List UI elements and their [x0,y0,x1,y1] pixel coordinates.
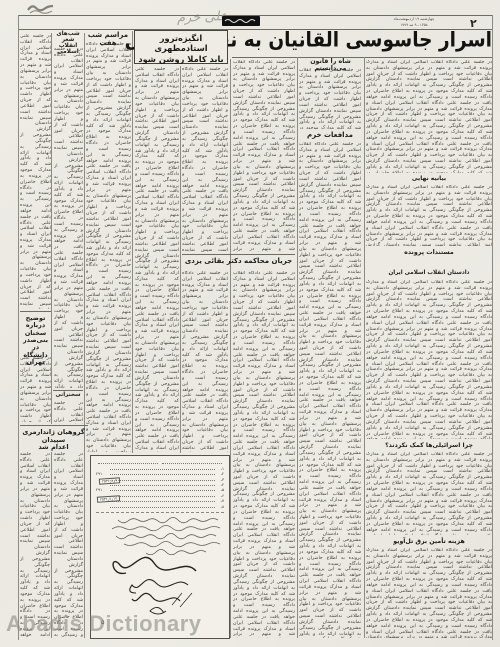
dotted-line [110,504,215,508]
motahhari-headline-line1: انگیزه‌ترور استادمطهری [135,34,227,54]
stamp-scribble-icon [222,16,260,26]
subhead-chera: چرا اسرائیلی‌ها کمک نکردند؟ [366,442,492,449]
column-rule [84,33,85,638]
subhead-rule [20,311,51,312]
row-number: ۱ـ [217,466,224,471]
body-column: در جلسه علنی دادگاه انقلاب اسلامی ایران … [299,142,361,638]
goruhban-line1: گروهبان ژاندارمری سپیدان [20,429,87,444]
body-column: در جلسه علنی دادگاه انقلاب اسلامی ایران … [54,401,83,424]
subhead-rule [182,254,295,255]
dotted-line [110,471,215,475]
dotted-line [98,460,158,464]
tozih-line2: سخنان بنی‌صدر [19,330,52,345]
subhead-sokhanrani: سخنرانی [53,392,83,398]
column-rule [230,59,231,638]
body-column: در جلسه علنی دادگاه انقلاب اسلامی ایران … [20,34,51,309]
form-row: ۸ـ [96,503,224,508]
motahhari-headline-box: انگیزه‌ترور استادمطهری باید کاملا روشن ش… [134,30,228,64]
tozih-line1: توضیح درباره [19,315,52,330]
column-rule [132,31,133,453]
subhead-bayanieh: بیانیه نهایی [366,176,492,183]
document-divider [96,512,224,513]
body-column: در جلسه علنی دادگاه انقلاب اسلامی ایران … [299,68,361,129]
subhead-modafeat: مدافعات خرم [299,131,361,139]
row-value: ۲۹۱ [96,487,108,492]
goruhban-line2: اعدام شد [20,444,87,452]
masthead-handwriting: علی خرم [177,9,228,26]
subhead-dadsetan: دادستان انقلاب اسلامی ایران [366,270,492,276]
column-rule [364,57,365,638]
date-block: چهارشنبه ۱۹ اردیبهشت‌ماه ۱۳۵۸ ـ ۹ مه ۱۹۷… [382,17,446,28]
main-headline: اسرار جاسوسی القانیان به نفع اسرائیل [231,28,492,58]
body-column: در جلسه علنی دادگاه انقلاب اسلامی ایران … [233,60,295,252]
date-line-2: ۱۳۵۸ ـ ۹ مه ۱۹۷۹ [382,23,446,29]
body-column: در جلسه علنی دادگاه انقلاب اسلامی ایران … [182,271,228,452]
newspaper-page-scan: ۲ چهارشنبه ۱۹ اردیبهشت‌ماه ۱۳۵۸ ـ ۹ مه ۱… [0,0,500,647]
body-column: در جلسه علنی دادگاه انقلاب اسلامی ایران … [366,280,492,439]
dotted-line [110,482,215,486]
dotted-line [110,493,215,497]
dotted-line [110,487,215,491]
subhead-rule [53,390,83,391]
body-column: در جلسه علنی دادگاه انقلاب اسلامی ایران … [366,548,492,638]
motahhari-headline-line2: باید کاملا روشن شود [135,54,227,65]
row-number: ۸ـ [217,504,224,509]
signatures-icon [96,555,224,617]
body-column: در جلسه علنی دادگاه انقلاب اسلامی ایران … [366,60,492,173]
row-number: ۵ـ [217,487,224,492]
subhead-rule [20,425,88,426]
dotted-line [110,466,215,470]
row-number: ۳ـ [217,477,224,482]
subhead-hazineh: هزینه تأمین برق تل‌آویو [366,538,492,545]
abadis-watermark: Abadis Dictionary [6,611,202,637]
body-column: در جلسه علنی دادگاه انقلاب اسلامی ایران … [20,356,51,422]
dotted-line [110,477,215,481]
body-column: در جلسه علنی دادگاه انقلاب اسلامی ایران … [54,47,83,388]
dotted-line [110,498,215,502]
row-value: ۲۹۱ [96,471,108,476]
subhead-goruhban: گروهبان ژاندارمری سپیدان اعدام شد [20,429,87,452]
body-column: در جلسه علنی دادگاه انقلاب اسلامی ایران … [86,42,131,452]
row-number: ۴ـ [217,482,224,487]
body-column: در جلسه علنی دادگاه انقلاب اسلامی ایران … [366,185,492,246]
row-number: ۶ـ [217,493,224,498]
body-column: در جلسه علنی دادگاه انقلاب اسلامی ایران … [182,67,228,252]
body-column: در جلسه علنی دادگاه انقلاب اسلامی ایران … [366,452,492,535]
subhead-mohakemeh: جریان محاکمه دکتر بقائی یزدی [182,257,295,265]
column-rule [180,66,181,453]
dotted-line [162,460,222,464]
column-rule [297,57,298,638]
masthead-black-stamp [222,16,260,26]
row-number: ۷ـ [217,498,224,503]
subhead-mostanadat: مستندات پرونده [366,249,492,256]
row-number: ۲ـ [217,471,224,476]
left-frame-rule [492,15,493,640]
handwriting-lines-icon [96,515,224,555]
body-column: در جلسه علنی دادگاه انقلاب اسلامی ایران … [135,67,179,452]
poetry-line1: شب‌های شعر [53,31,83,43]
body-column: در جلسه علنی دادگاه انقلاب اسلامی ایران … [233,271,295,638]
corner-ornament-icon [26,2,56,16]
